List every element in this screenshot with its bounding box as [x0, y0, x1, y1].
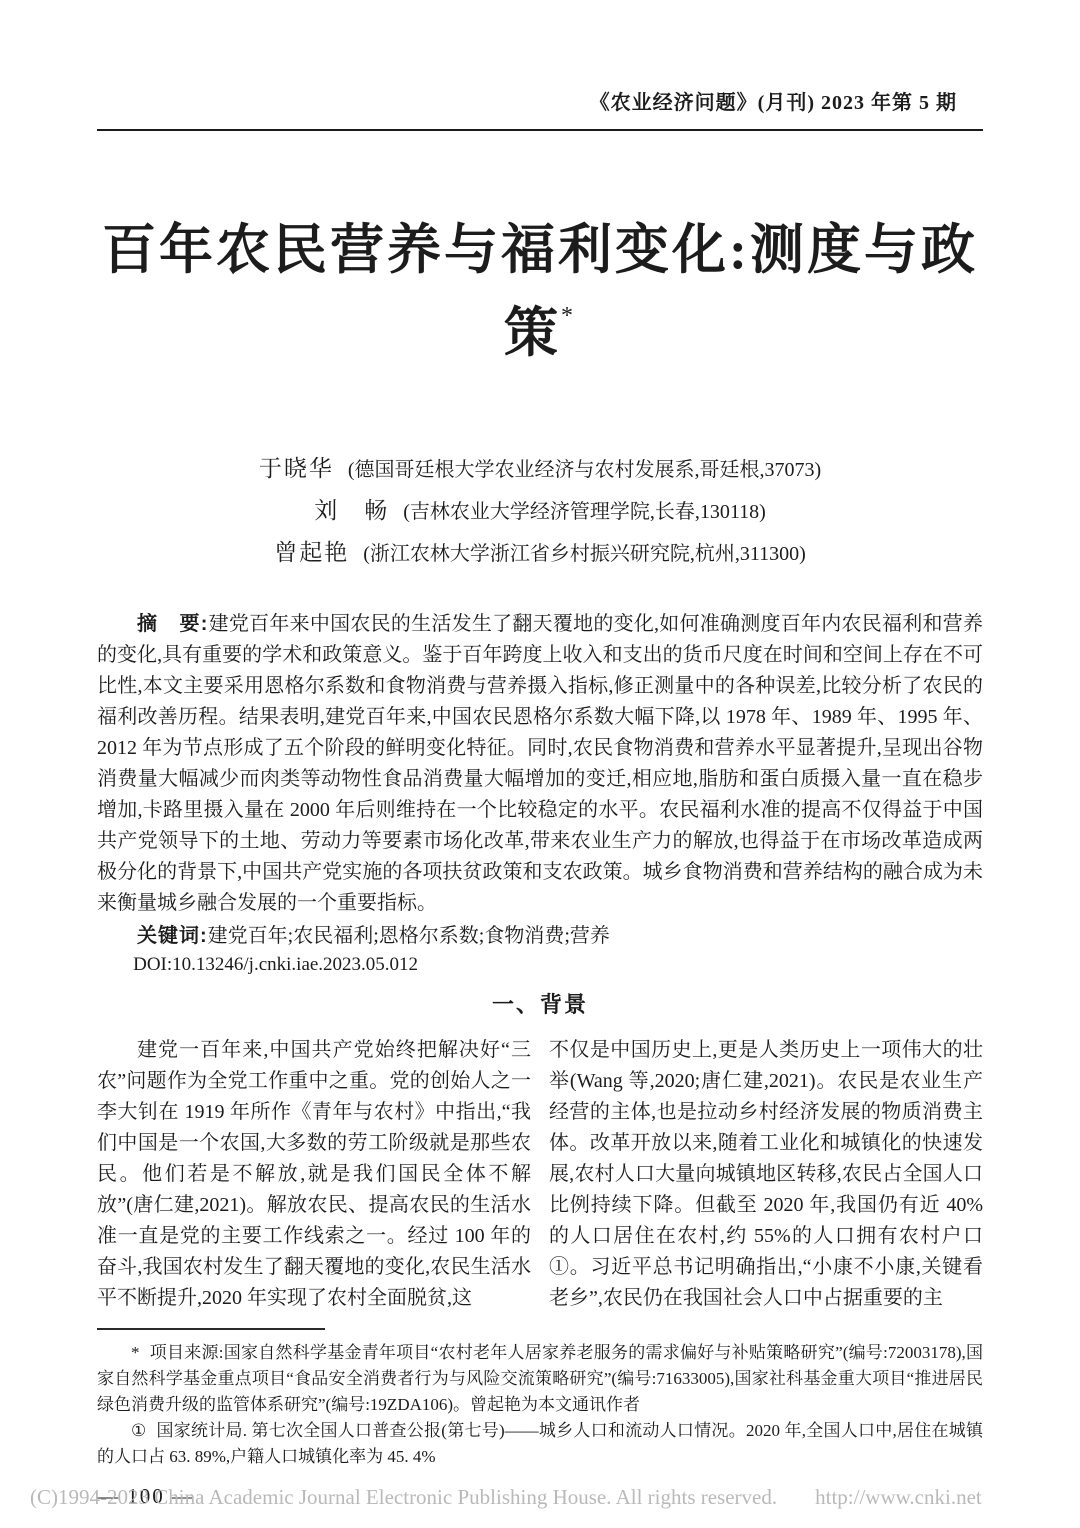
author-row: 刘 畅 (吉林农业大学经济管理学院,长春,130118) [97, 492, 983, 525]
author-affiliation: (浙江农林大学浙江省乡村振兴研究院,杭州,311300) [363, 537, 806, 566]
copyright-text: (C)1994-2023 China Academic Journal Elec… [30, 1485, 777, 1509]
footnotes: *项目来源:国家自然科学基金青年项目“农村老年人居家养老服务的需求偏好与补贴策略… [97, 1340, 983, 1470]
author-block: 于晓华 (德国哥廷根大学农业经济与农村发展系,哥廷根,37073) 刘 畅 (吉… [97, 450, 983, 567]
article-title-text: 百年农民营养与福利变化:测度与政策 [102, 220, 978, 363]
abstract-text: 建党百年来中国农民的生活发生了翻天覆地的变化,如何准确测度百年内农民福利和营养的… [97, 613, 983, 914]
author-affiliation: (吉林农业大学经济管理学院,长春,130118) [403, 495, 766, 524]
header-rule [97, 129, 983, 131]
body-right-column: 不仅是中国历史上,更是人类历史上一项伟大的壮举(Wang 等,2020;唐仁建,… [549, 1035, 983, 1314]
footnote-funding: *项目来源:国家自然科学基金青年项目“农村老年人居家养老服务的需求偏好与补贴策略… [97, 1340, 983, 1418]
author-row: 曾起艳 (浙江农林大学浙江省乡村振兴研究院,杭州,311300) [97, 534, 983, 567]
author-affiliation: (德国哥廷根大学农业经济与农村发展系,哥廷根,37073) [348, 453, 821, 482]
journal-page: 《农业经济问题》(月刊) 2023 年第 5 期 百年农民营养与福利变化:测度与… [0, 0, 1080, 1528]
cnki-watermark: (C)1994-2023 China Academic Journal Elec… [30, 1485, 1060, 1510]
footnote-census-marker: ① [131, 1421, 147, 1440]
keywords-text: 建党百年;农民福利;恩格尔系数;食物消费;营养 [208, 925, 610, 947]
doi: DOI:10.13246/j.cnki.iae.2023.05.012 [97, 952, 983, 978]
author-name: 刘 畅 [314, 492, 389, 525]
author-name: 曾起艳 [274, 534, 349, 567]
footnote-rule [97, 1328, 325, 1330]
footnote-funding-text: 项目来源:国家自然科学基金青年项目“农村老年人居家养老服务的需求偏好与补贴策略研… [97, 1343, 983, 1414]
article-title: 百年农民营养与福利变化:测度与政策* [97, 217, 983, 366]
footnote-funding-marker: * [131, 1343, 140, 1362]
author-name: 于晓华 [259, 450, 334, 483]
section-heading-background: 一、背景 [97, 988, 983, 1019]
abstract-label: 摘 要: [137, 613, 208, 635]
body-columns: 建党一百年来,中国共产党始终把解决好“三农”问题作为全党工作重中之重。党的创始人… [97, 1035, 983, 1314]
cnki-url: http://www.cnki.net [815, 1485, 982, 1509]
body-left-column: 建党一百年来,中国共产党始终把解决好“三农”问题作为全党工作重中之重。党的创始人… [97, 1035, 531, 1314]
author-row: 于晓华 (德国哥廷根大学农业经济与农村发展系,哥廷根,37073) [97, 450, 983, 483]
keywords: 关键词:建党百年;农民福利;恩格尔系数;食物消费;营养 [97, 921, 983, 952]
footnote-census: ①国家统计局. 第七次全国人口普查公报(第七号)——城乡人口和流动人口情况。20… [97, 1418, 983, 1470]
keywords-label: 关键词: [137, 925, 208, 947]
journal-header: 《农业经济问题》(月刊) 2023 年第 5 期 [97, 86, 983, 115]
title-footnote-asterisk: * [561, 303, 576, 329]
footnote-census-text: 国家统计局. 第七次全国人口普查公报(第七号)——城乡人口和流动人口情况。202… [97, 1421, 983, 1466]
abstract: 摘 要:建党百年来中国农民的生活发生了翻天覆地的变化,如何准确测度百年内农民福利… [97, 609, 983, 919]
